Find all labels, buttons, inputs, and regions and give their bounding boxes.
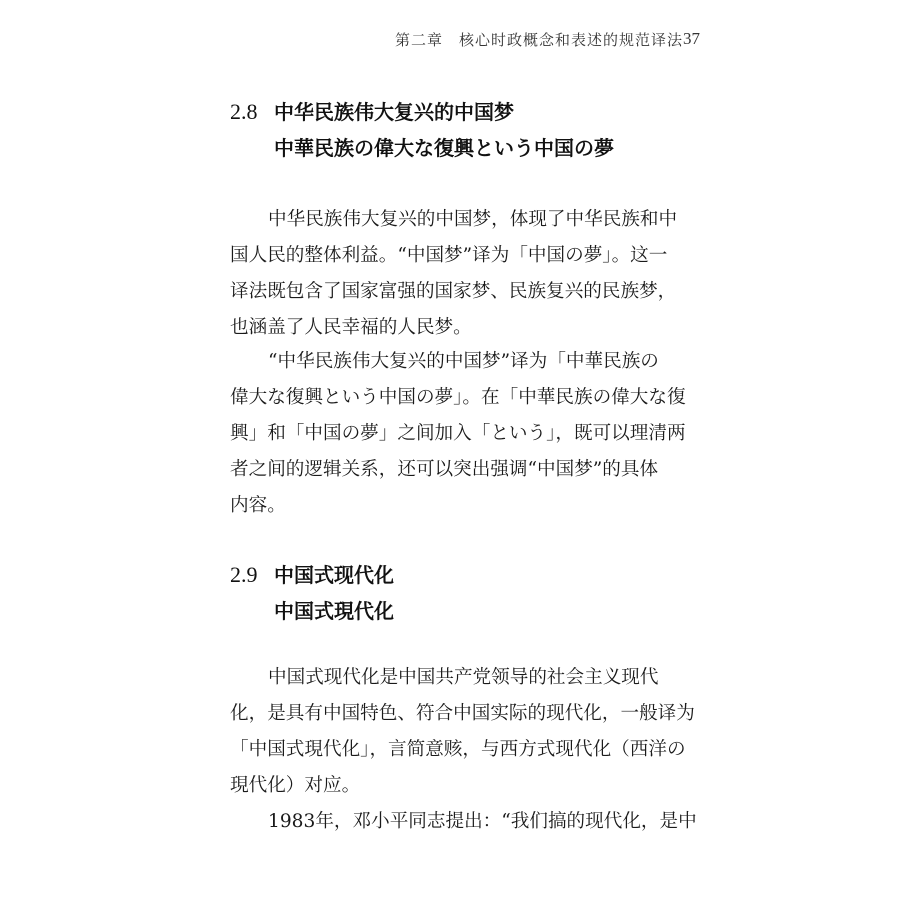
page-number: 37 (683, 29, 700, 49)
text-line: 1983年，邓小平同志提出：“我们搞的现代化，是中 (230, 804, 670, 840)
section-number: 2.9 (230, 562, 274, 588)
text-line: 中国式现代化是中国共产党领导的社会主义现代 (230, 660, 670, 696)
section-title-ja: 中華民族の偉大な復興という中国の夢 (274, 132, 614, 161)
text-line: 者之间的逻辑关系，还可以突出强调“中国梦”的具体 (230, 452, 670, 488)
paragraph: 1983年，邓小平同志提出：“我们搞的现代化，是中 (230, 804, 670, 840)
paragraph: 中华民族伟大复兴的中国梦，体现了中华民族和中 国人民的整体利益。“中国梦”译为「… (230, 202, 670, 346)
text-line: 中华民族伟大复兴的中国梦，体现了中华民族和中 (230, 202, 670, 238)
section-heading-2-8: 2.8中华民族伟大复兴的中国梦 (230, 96, 514, 125)
text-line: 化，是具有中国特色、符合中国实际的现代化，一般译为 (230, 696, 670, 732)
paragraph: “中华民族伟大复兴的中国梦”译为「中華民族の 偉大な復興という中国の夢」。在「中… (230, 344, 670, 524)
section-title-zh: 中国式现代化 (274, 563, 394, 587)
text-line: 興」和「中国の夢」之间加入「という」，既可以理清两 (230, 416, 670, 452)
section-heading-2-9: 2.9中国式现代化 (230, 559, 394, 588)
text-line: 国人民的整体利益。“中国梦”译为「中国の夢」。这一 (230, 238, 670, 274)
text-line: “中华民族伟大复兴的中国梦”译为「中華民族の (230, 344, 670, 380)
text-line: 偉大な復興という中国の夢」。在「中華民族の偉大な復 (230, 380, 670, 416)
text-line: 也涵盖了人民幸福的人民梦。 (230, 310, 670, 346)
section-title-ja: 中国式現代化 (274, 595, 394, 624)
text-line: 現代化）对应。 (230, 768, 670, 804)
paragraph: 中国式现代化是中国共产党领导的社会主义现代 化，是具有中国特色、符合中国实际的现… (230, 660, 670, 804)
chapter-title: 第二章 核心时政概念和表述的规范译法 (395, 29, 683, 50)
section-number: 2.8 (230, 99, 274, 125)
running-head: 第二章 核心时政概念和表述的规范译法 37 (395, 29, 700, 51)
text-line: 内容。 (230, 488, 670, 524)
text-line: 「中国式現代化」，言简意赅，与西方式现代化（西洋の (230, 732, 670, 768)
section-title-zh: 中华民族伟大复兴的中国梦 (274, 100, 514, 124)
text-line: 译法既包含了国家富强的国家梦、民族复兴的民族梦， (230, 274, 670, 310)
